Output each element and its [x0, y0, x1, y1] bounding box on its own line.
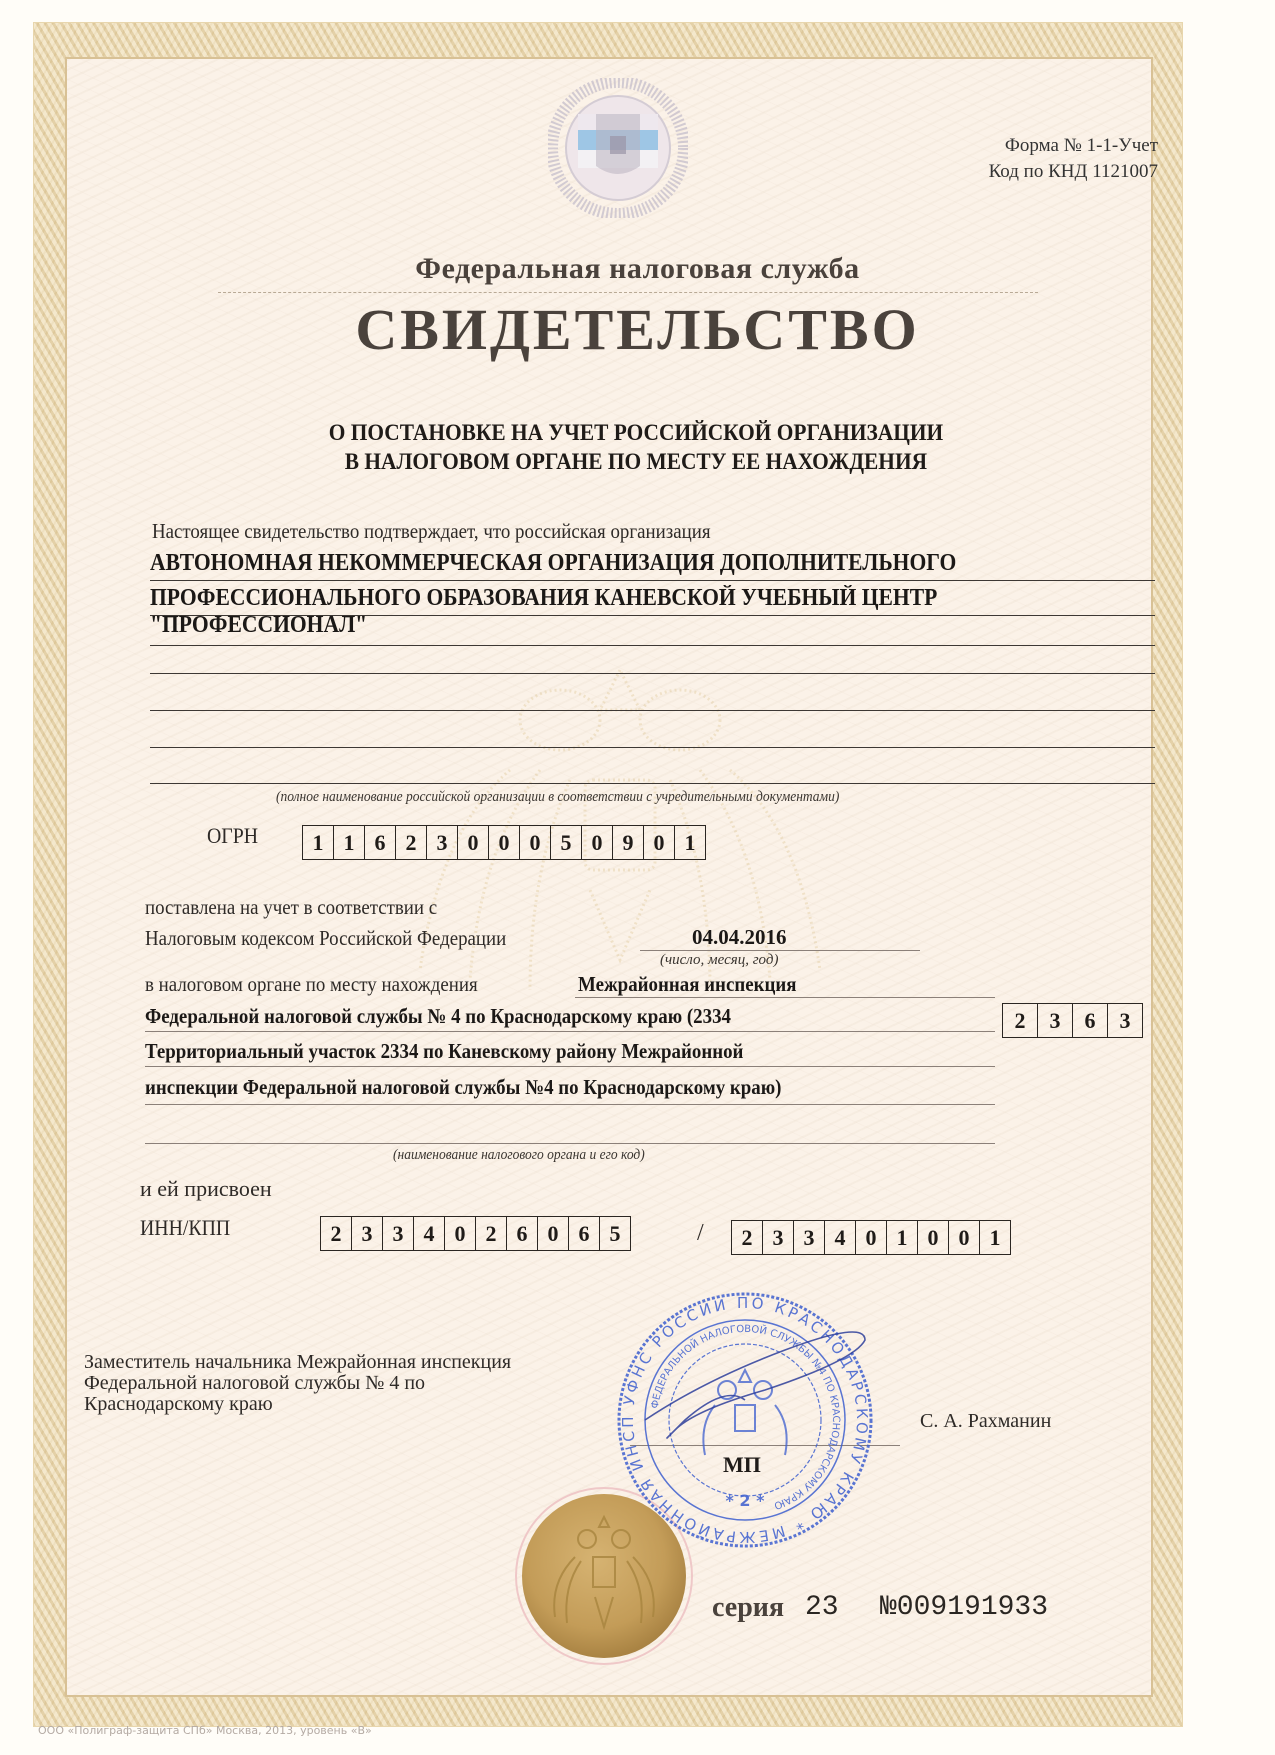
ogrn-digit: 6: [365, 826, 396, 859]
registration-date: 04.04.2016: [692, 925, 787, 950]
registration-line-1: поставлена на учет в соответствии с: [145, 895, 437, 920]
kpp-digit: 3: [763, 1221, 794, 1254]
date-caption: (число, месяц, год): [660, 952, 778, 969]
inn-digit: 6: [507, 1217, 538, 1250]
kpp-digit: 2: [732, 1221, 763, 1254]
signatory-position: Заместитель начальника Межрайонная инспе…: [84, 1352, 511, 1415]
ogrn-field: 1162300050901: [302, 825, 706, 860]
printer-note: ООО «Полиграф-защита СПб» Москва, 2013, …: [38, 1724, 372, 1737]
series-number: 23: [805, 1592, 839, 1623]
position-line-2: Федеральной налоговой службы № 4 по: [84, 1373, 511, 1394]
seal-placement-label: МП: [723, 1452, 761, 1478]
ogrn-digit: 1: [303, 826, 334, 859]
hologram-emblem-icon: [548, 78, 688, 218]
inn-digit: 2: [321, 1217, 352, 1250]
kpp-digit: 4: [825, 1221, 856, 1254]
inn-field: 2334026065: [320, 1216, 631, 1251]
inn-digit: 5: [600, 1217, 630, 1250]
authority-line-1: Межрайонная инспекция: [578, 972, 797, 997]
kpp-digit: 0: [949, 1221, 980, 1254]
ogrn-digit: 1: [334, 826, 365, 859]
certificate-number: №009191933: [880, 1592, 1048, 1623]
kpp-digit: 1: [887, 1221, 918, 1254]
ogrn-digit: 3: [427, 826, 458, 859]
kpp-digit: 1: [980, 1221, 1010, 1254]
inn-digit: 4: [414, 1217, 445, 1250]
org-name-line-1: АВТОНОМНАЯ НЕКОММЕРЧЕСКАЯ ОРГАНИЗАЦИЯ ДО…: [150, 550, 956, 577]
form-number: Форма № 1-1-Учет: [989, 133, 1158, 159]
watermark-eagle-icon: [360, 630, 880, 1010]
authority-rule-3: [145, 1066, 995, 1067]
svg-text:* 2 *: * 2 *: [725, 1491, 765, 1510]
kpp-digit: 0: [918, 1221, 949, 1254]
agency-name: Федеральная налоговая служба: [0, 252, 1275, 286]
authority-line-2: Федеральной налоговой службы № 4 по Крас…: [145, 1004, 731, 1029]
inn-digit: 3: [352, 1217, 383, 1250]
subtitle-line-2: В НАЛОГОВОМ ОРГАНЕ ПО МЕСТУ ЕЕ НАХОЖДЕНИ…: [43, 447, 1229, 476]
authority-intro: в налоговом органе по месту нахождения: [145, 972, 478, 997]
authority-rule-5: [145, 1143, 995, 1144]
inn-digit: 3: [383, 1217, 414, 1250]
ogrn-digit: 0: [582, 826, 613, 859]
org-line-4: [150, 673, 1155, 674]
authority-code-digit: 3: [1108, 1004, 1142, 1037]
date-line: [640, 950, 920, 951]
authority-rule-1: [575, 997, 995, 998]
ogrn-digit: 9: [613, 826, 644, 859]
authority-code-digit: 6: [1073, 1004, 1108, 1037]
position-line-3: Краснодарскому краю: [84, 1394, 511, 1415]
certificate-subtitle: О ПОСТАНОВКЕ НА УЧЕТ РОССИЙСКОЙ ОРГАНИЗА…: [43, 418, 1229, 476]
authority-rule-4: [145, 1104, 995, 1105]
ogrn-digit: 0: [520, 826, 551, 859]
form-meta: Форма № 1-1-Учет Код по КНД 1121007: [989, 133, 1158, 185]
org-name-line-2: ПРОФЕССИОНАЛЬНОГО ОБРАЗОВАНИЯ КАНЕВСКОЙ …: [150, 585, 937, 612]
org-line-5: [150, 710, 1155, 711]
series-label: серия: [712, 1592, 784, 1624]
signatory-name: С. А. Рахманин: [920, 1410, 1051, 1433]
authority-line-3: Территориальный участок 2334 по Каневско…: [145, 1039, 743, 1064]
kpp-digit: 0: [856, 1221, 887, 1254]
org-name-caption: (полное наименование российской организа…: [276, 789, 839, 806]
ogrn-digit: 5: [551, 826, 582, 859]
inn-kpp-separator: /: [697, 1220, 704, 1247]
intro-text: Настоящее свидетельство подтверждает, чт…: [152, 519, 711, 544]
org-name-line-3: "ПРОФЕССИОНАЛ": [150, 612, 367, 639]
inn-digit: 2: [476, 1217, 507, 1250]
org-line-3: [150, 645, 1155, 646]
authority-code-digit: 3: [1038, 1004, 1073, 1037]
ogrn-digit: 0: [458, 826, 489, 859]
registration-line-2: Налоговым кодексом Российской Федерации: [145, 926, 506, 951]
org-line-7: [150, 783, 1155, 784]
inn-digit: 0: [445, 1217, 476, 1250]
ogrn-digit: 1: [675, 826, 705, 859]
ogrn-digit: 2: [396, 826, 427, 859]
certificate-title: СВИДЕТЕЛЬСТВО: [0, 296, 1275, 363]
assigned-intro: и ей присвоен: [140, 1176, 272, 1202]
org-line-1: [150, 580, 1155, 581]
ogrn-digit: 0: [644, 826, 675, 859]
agency-divider: [218, 292, 1038, 293]
position-line-1: Заместитель начальника Межрайонная инспе…: [84, 1352, 511, 1373]
inn-digit: 6: [569, 1217, 600, 1250]
svg-text:ФЕДЕРАЛЬНОЙ НАЛОГОВОЙ СЛУЖБЫ №: ФЕДЕРАЛЬНОЙ НАЛОГОВОЙ СЛУЖБЫ №4 ПО КРАСН…: [650, 1323, 841, 1511]
authority-line-4: инспекции Федеральной налоговой службы №…: [145, 1075, 781, 1100]
authority-rule-2: [145, 1031, 995, 1032]
kpp-field: 233401001: [731, 1220, 1011, 1255]
kpp-digit: 3: [794, 1221, 825, 1254]
authority-caption: (наименование налогового органа и его ко…: [393, 1147, 645, 1164]
inn-digit: 0: [538, 1217, 569, 1250]
ogrn-label: ОГРН: [207, 823, 258, 849]
authority-code-field: 2363: [1002, 1003, 1143, 1038]
ogrn-digit: 0: [489, 826, 520, 859]
subtitle-line-1: О ПОСТАНОВКЕ НА УЧЕТ РОССИЙСКОЙ ОРГАНИЗА…: [43, 418, 1229, 447]
org-line-6: [150, 747, 1155, 748]
inn-kpp-label: ИНН/КПП: [140, 1215, 230, 1241]
official-stamp-icon: УФНС РОССИИ ПО КРАСНОДАРСКОМУ КРАЮ * МЕЖ…: [615, 1290, 875, 1550]
knd-code: Код по КНД 1121007: [989, 159, 1158, 185]
authority-code-digit: 2: [1003, 1004, 1038, 1037]
